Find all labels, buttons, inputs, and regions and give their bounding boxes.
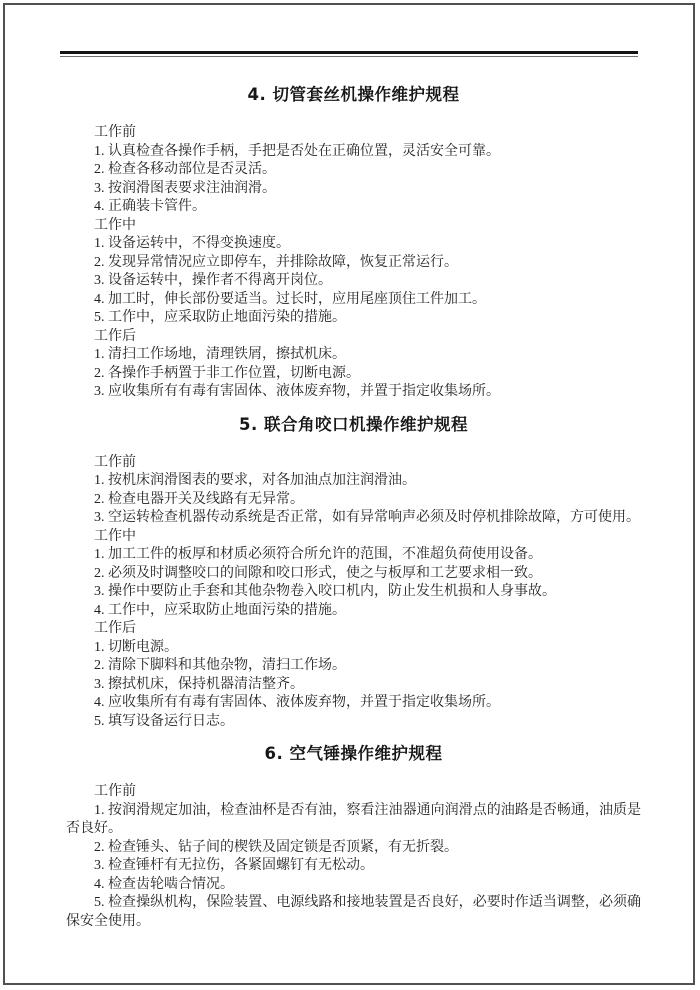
procedure-line: 3. 应收集所有有毒有害固体、液体废弃物，并置于指定收集场所。 — [66, 383, 641, 402]
procedure-line: 2. 检查各移动部位是否灵活。 — [66, 161, 641, 180]
procedure-line: 工作前 — [66, 454, 641, 473]
procedure-line: 5. 填写设备运行日志。 — [66, 713, 641, 732]
procedure-line: 3. 设备运转中，操作者不得离开岗位。 — [66, 272, 641, 291]
procedure-line: 4. 工作中，应采取防止地面污染的措施。 — [66, 602, 641, 621]
procedure-line: 工作前 — [66, 124, 641, 143]
procedure-line: 工作中 — [66, 217, 641, 236]
procedure-line: 2. 各操作手柄置于非工作位置，切断电源。 — [66, 365, 641, 384]
procedure-line: 5. 工作中，应采取防止地面污染的措施。 — [66, 309, 641, 328]
section-title: 4. 切管套丝机操作维护规程 — [66, 84, 641, 106]
header-double-rule — [60, 51, 638, 57]
procedure-line: 1. 按机床润滑图表的要求，对各加油点加注润滑油。 — [66, 472, 641, 491]
procedure-line: 2. 清除下脚料和其他杂物，清扫工作场。 — [66, 657, 641, 676]
procedure-line: 2. 检查锤头、钻子间的楔铁及固定锁是否顶紧，有无折裂。 — [66, 839, 641, 858]
section-5: 5. 联合角咬口机操作维护规程 工作前 1. 按机床润滑图表的要求，对各加油点加… — [66, 414, 641, 732]
procedure-line: 3. 擦拭机床，保持机器清洁整齐。 — [66, 676, 641, 695]
procedure-line: 3. 操作中要防止手套和其他杂物卷入咬口机内，防止发生机损和人身事故。 — [66, 583, 641, 602]
procedure-line: 4. 加工时，伸长部份要适当。过长时，应用尾座顶住工件加工。 — [66, 291, 641, 310]
section-title: 6. 空气锤操作维护规程 — [66, 743, 641, 765]
procedure-line: 1. 认真检查各操作手柄，手把是否处在正确位置，灵活安全可靠。 — [66, 143, 641, 162]
procedure-line: 工作后 — [66, 328, 641, 347]
section-title: 5. 联合角咬口机操作维护规程 — [66, 414, 641, 436]
procedure-line: 3. 按润滑图表要求注油润滑。 — [66, 180, 641, 199]
procedure-line: 4. 正确装卡管件。 — [66, 198, 641, 217]
procedure-line: 1. 切断电源。 — [66, 639, 641, 658]
procedure-line: 3. 检查锤杆有无拉伤，各紧固螺钉有无松动。 — [66, 857, 641, 876]
procedure-line: 工作中 — [66, 528, 641, 547]
procedure-line: 3. 空运转检查机器传动系统是否正常，如有异常响声必须及时停机排除故障，方可使用… — [66, 509, 641, 528]
procedure-line: 工作后 — [66, 620, 641, 639]
section-6: 6. 空气锤操作维护规程 工作前 1. 按润滑规定加油，检查油杯是否有油，察看注… — [66, 743, 641, 931]
page-content: 4. 切管套丝机操作维护规程 工作前 1. 认真检查各操作手柄，手把是否处在正确… — [5, 84, 693, 931]
procedure-line: 工作前 — [66, 783, 641, 802]
procedure-line: 1. 设备运转中，不得变换速度。 — [66, 235, 641, 254]
document-page: 4. 切管套丝机操作维护规程 工作前 1. 认真检查各操作手柄，手把是否处在正确… — [3, 3, 695, 985]
procedure-line: 4. 应收集所有有毒有害固体、液体废弃物，并置于指定收集场所。 — [66, 694, 641, 713]
procedure-line: 4. 检查齿轮啮合情况。 — [66, 876, 641, 895]
procedure-line: 2. 必须及时调整咬口的间隙和咬口形式，使之与板厚和工艺要求相一致。 — [66, 565, 641, 584]
procedure-line: 5. 检查操纵机构，保险装置、电源线路和接地装置是否良好，必要时作适当调整，必须… — [66, 894, 641, 931]
procedure-line: 1. 加工工件的板厚和材质必须符合所允许的范围，不准超负荷使用设备。 — [66, 546, 641, 565]
procedure-line: 1. 清扫工作场地，清理铁屑，擦拭机床。 — [66, 346, 641, 365]
procedure-line: 1. 按润滑规定加油，检查油杯是否有油，察看注油器通向润滑点的油路是否畅通，油质… — [66, 802, 641, 839]
procedure-line: 2. 检查电器开关及线路有无异常。 — [66, 491, 641, 510]
section-4: 4. 切管套丝机操作维护规程 工作前 1. 认真检查各操作手柄，手把是否处在正确… — [66, 84, 641, 402]
procedure-line: 2. 发现异常情况应立即停车，并排除故障，恢复正常运行。 — [66, 254, 641, 273]
